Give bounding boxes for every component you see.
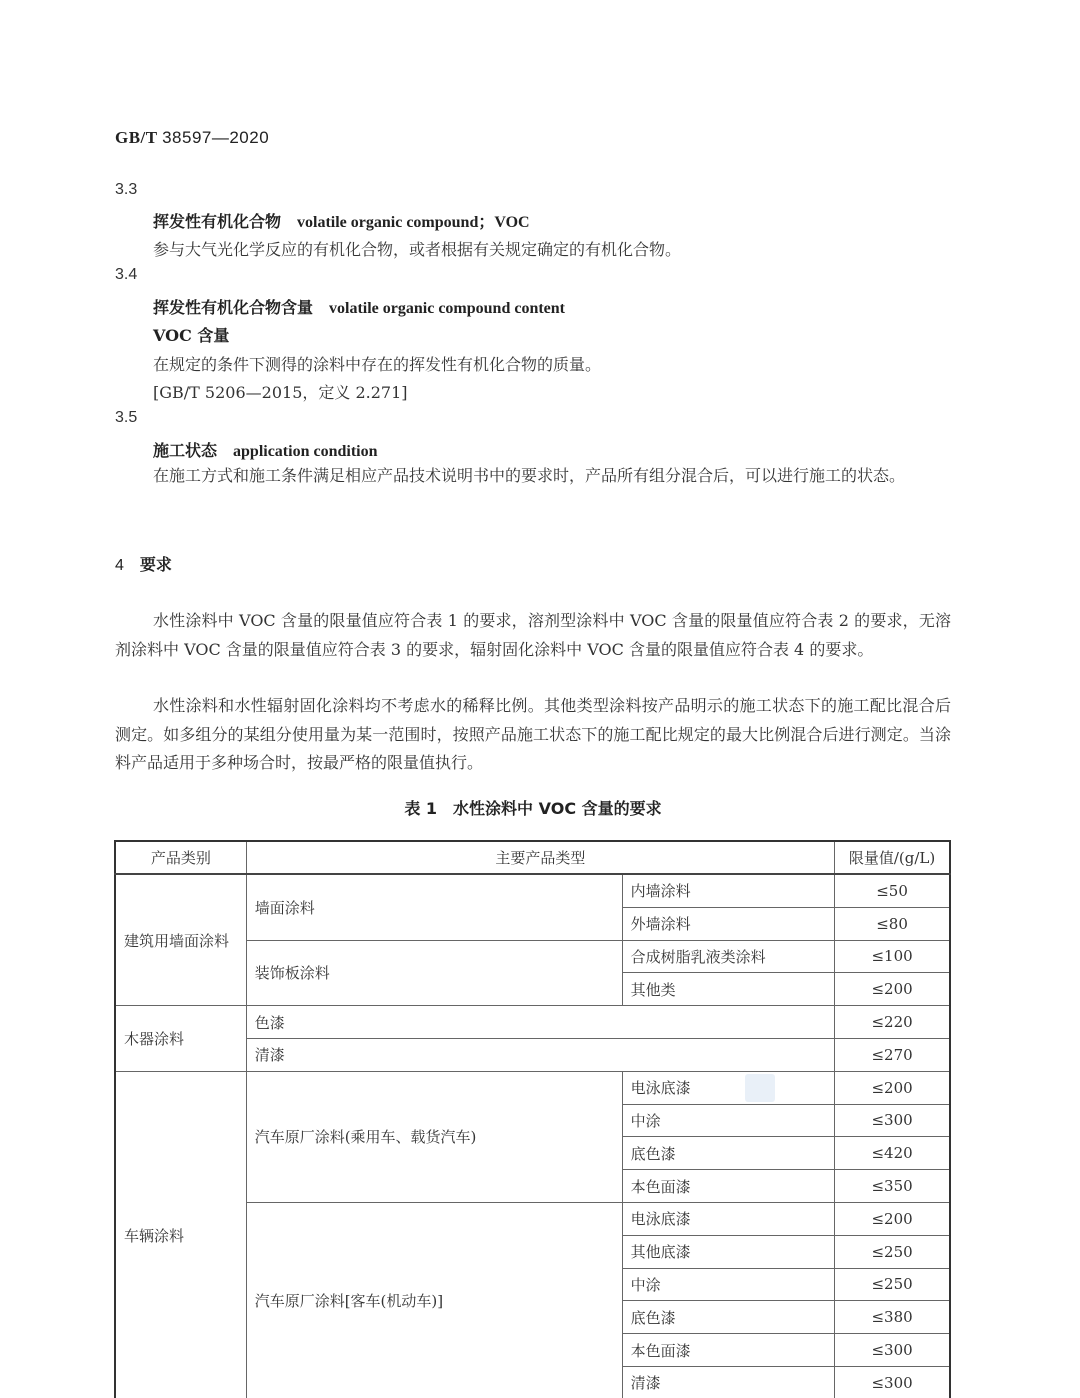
term-alt: VOC 含量 <box>153 323 229 346</box>
limit-cell: ≤300 <box>835 1366 950 1398</box>
type-cell: 汽车原厂涂料(乘用车、载货汽车) <box>246 1071 622 1202</box>
limit-cell: ≤250 <box>835 1268 950 1301</box>
subtype-cell: 电泳底漆 <box>622 1071 834 1104</box>
clause-number: 3.3 <box>115 181 137 199</box>
header-product-type: 主要产品类型 <box>246 841 834 874</box>
term-zh: 施工状态 <box>153 441 217 460</box>
limit-cell: ≤380 <box>835 1301 950 1334</box>
term-zh: 挥发性有机化合物含量 <box>153 298 313 317</box>
table-header-row: 产品类别 主要产品类型 限量值/(g/L) <box>115 841 950 874</box>
limit-cell: ≤350 <box>835 1170 950 1203</box>
limit-cell: ≤300 <box>835 1334 950 1367</box>
limit-cell: ≤300 <box>835 1104 950 1137</box>
type-cell: 汽车原厂涂料[客车(机动车)] <box>246 1202 622 1398</box>
term-en: volatile organic compound；VOC <box>297 214 530 231</box>
subtype-cell: 清漆 <box>622 1366 834 1398</box>
body-paragraph: 水性涂料和水性辐射固化涂料均不考虑水的稀释比例。其他类型涂料按产品明示的施工状态… <box>115 692 951 778</box>
subtype-cell: 外墙涂料 <box>622 907 834 940</box>
table-row: 木器涂料 色漆 ≤220 <box>115 1006 950 1039</box>
subtype-cell: 其他底漆 <box>622 1235 834 1268</box>
body-paragraph: 水性涂料中 VOC 含量的限量值应符合表 1 的要求，溶剂型涂料中 VOC 含量… <box>115 607 951 664</box>
definition-text: 在施工方式和施工条件满足相应产品技术说明书中的要求时，产品所有组分混合后，可以进… <box>115 462 951 491</box>
term-heading: 施工状态application condition <box>153 438 378 461</box>
clause-number: 3.5 <box>115 409 137 427</box>
definition-text: 参与大气光化学反应的有机化合物，或者根据有关规定确定的有机化合物。 <box>153 237 681 260</box>
term-zh: 挥发性有机化合物 <box>153 212 281 231</box>
category-cell: 建筑用墙面涂料 <box>115 874 246 1006</box>
header-category: 产品类别 <box>115 841 246 874</box>
limit-cell: ≤50 <box>835 874 950 907</box>
subtype-cell: 本色面漆 <box>622 1170 834 1203</box>
table-row: 车辆涂料 汽车原厂涂料(乘用车、载货汽车) 电泳底漆 ≤200 <box>115 1071 950 1104</box>
type-cell: 墙面涂料 <box>246 874 622 940</box>
limit-cell: ≤220 <box>835 1006 950 1039</box>
watermark-icon <box>745 1074 775 1102</box>
limit-cell: ≤100 <box>835 940 950 973</box>
section-title: 要求 <box>140 555 172 574</box>
clause-number: 3.4 <box>115 266 137 284</box>
subtype-cell: 底色漆 <box>622 1301 834 1334</box>
limit-cell: ≤200 <box>835 1202 950 1235</box>
standard-number: GB/T 38597—2020 <box>115 128 269 148</box>
limit-cell: ≤80 <box>835 907 950 940</box>
subtype-cell: 中涂 <box>622 1104 834 1137</box>
definition-text: 在规定的条件下测得的涂料中存在的挥发性有机化合物的质量。 <box>153 352 601 375</box>
term-heading: 挥发性有机化合物含量volatile organic compound cont… <box>153 295 565 318</box>
limit-cell: ≤200 <box>835 973 950 1006</box>
definition-source: [GB/T 5206—2015，定义 2.271] <box>153 380 408 403</box>
table-caption: 表 1 水性涂料中 VOC 含量的要求 <box>0 796 1066 819</box>
limit-cell: ≤200 <box>835 1071 950 1104</box>
subtype-cell: 合成树脂乳液类涂料 <box>622 940 834 973</box>
standard-code: 38597—2020 <box>162 128 269 147</box>
type-cell: 色漆 <box>246 1006 834 1039</box>
type-cell: 清漆 <box>246 1038 834 1071</box>
subtype-cell: 底色漆 <box>622 1137 834 1170</box>
standard-prefix: GB/T <box>115 128 157 147</box>
subtype-cell: 其他类 <box>622 973 834 1006</box>
limit-cell: ≤250 <box>835 1235 950 1268</box>
term-heading: 挥发性有机化合物volatile organic compound；VOC <box>153 209 530 232</box>
category-cell: 车辆涂料 <box>115 1071 246 1398</box>
subtype-cell: 内墙涂料 <box>622 874 834 907</box>
subtype-cell: 本色面漆 <box>622 1334 834 1367</box>
section-number: 4 <box>115 557 124 574</box>
section-heading: 4要求 <box>115 552 172 575</box>
category-cell: 木器涂料 <box>115 1006 246 1072</box>
term-en: volatile organic compound content <box>329 300 565 317</box>
subtype-cell: 中涂 <box>622 1268 834 1301</box>
table-row: 建筑用墙面涂料 墙面涂料 内墙涂料 ≤50 <box>115 874 950 907</box>
voc-limit-table: 产品类别 主要产品类型 限量值/(g/L) 建筑用墙面涂料 墙面涂料 内墙涂料 … <box>114 840 951 1398</box>
type-cell: 装饰板涂料 <box>246 940 622 1006</box>
header-limit: 限量值/(g/L) <box>835 841 950 874</box>
limit-cell: ≤420 <box>835 1137 950 1170</box>
term-en: application condition <box>233 443 377 460</box>
subtype-cell: 电泳底漆 <box>622 1202 834 1235</box>
limit-cell: ≤270 <box>835 1038 950 1071</box>
